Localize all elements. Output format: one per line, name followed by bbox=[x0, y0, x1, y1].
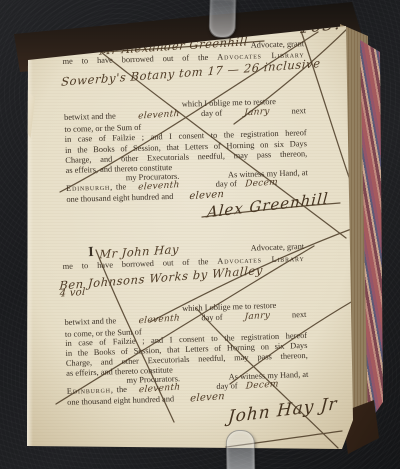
loan-form-greenhill: I Mr Alexander Greenhill Advocate, grant… bbox=[62, 35, 309, 232]
plastic-page-strap-bottom bbox=[226, 430, 256, 469]
printed-edinburgh: Edinburgh, bbox=[67, 385, 114, 396]
printed-edinburgh: Edinburgh, bbox=[66, 183, 113, 193]
printed-next: next bbox=[292, 310, 307, 319]
printed-day-of-2: day of bbox=[216, 381, 237, 391]
printed-day-of: day of bbox=[201, 109, 222, 119]
return-month: Janry bbox=[244, 311, 270, 323]
printed-betwixt: betwixt and the bbox=[64, 316, 116, 327]
register-page: 163. I Mr Alexander Greenhill Advocate, … bbox=[0, 0, 400, 469]
printed-betwixt: betwixt and the bbox=[64, 112, 116, 122]
printed-the: the bbox=[117, 385, 128, 394]
borrowed-book-entry-line2: 4 vol bbox=[59, 287, 85, 300]
photographed-register-page: 163. I Mr Alexander Greenhill Advocate, … bbox=[0, 0, 400, 469]
return-day: eleventh bbox=[137, 109, 179, 122]
plastic-page-strap-top bbox=[208, 0, 236, 38]
return-day: eleventh bbox=[138, 313, 180, 326]
loan-form-hay: I Mr John Hay Advocate, grant me to have… bbox=[62, 238, 310, 446]
printed-the: the bbox=[116, 182, 126, 191]
form-initial-capital: I bbox=[88, 249, 94, 257]
printed-advocate-grant: Advocate, grant bbox=[251, 242, 305, 253]
printed-day-of: day of bbox=[201, 313, 222, 323]
return-month: Janry bbox=[244, 107, 270, 119]
printed-next: next bbox=[291, 106, 306, 115]
printed-day-of-2: day of bbox=[216, 179, 237, 189]
printed-advocate-grant: Advocate, grant bbox=[251, 39, 305, 49]
